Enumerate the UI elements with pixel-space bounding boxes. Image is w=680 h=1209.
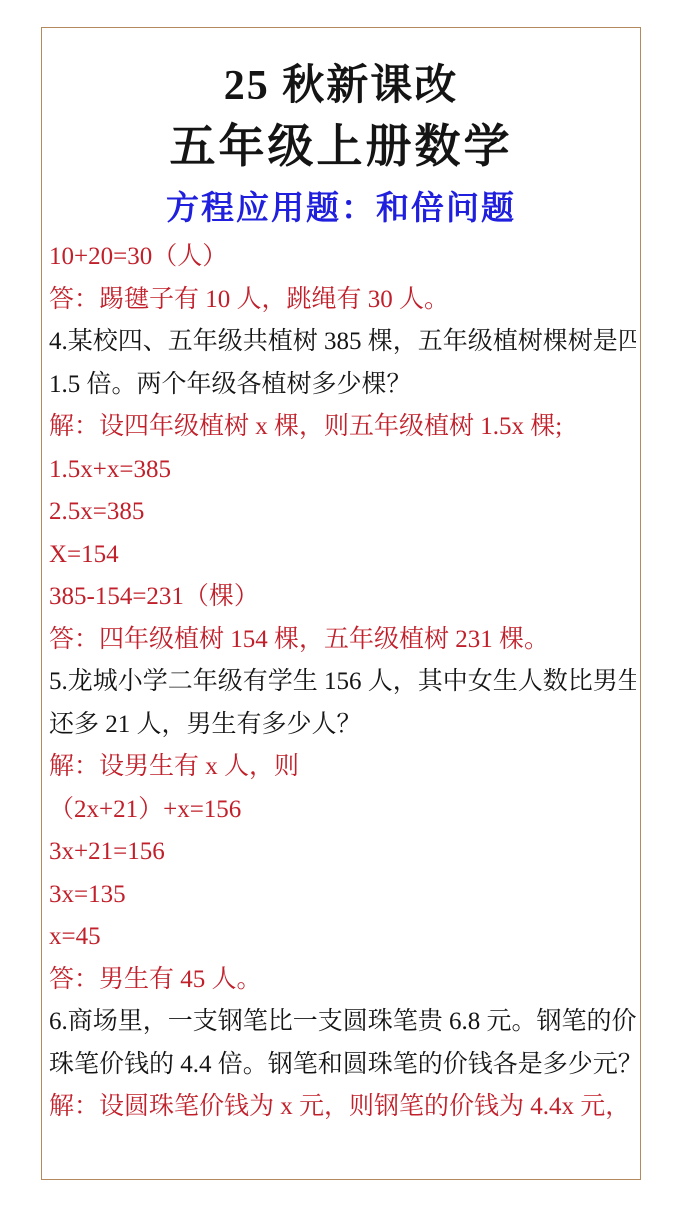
worksheet-title-line2: 五年级上册数学 xyxy=(42,122,640,172)
text-line: 解：设男生有 x 人，则 xyxy=(49,746,636,789)
text-line: 3x=135 xyxy=(49,874,636,917)
text-line: （2x+21）+x=156 xyxy=(49,789,636,832)
text-line: 答：男生有 45 人。 xyxy=(49,959,636,1002)
text-line: 1.5x+x=385 xyxy=(49,449,636,492)
worksheet-subtitle: 方程应用题：和倍问题 xyxy=(42,190,640,228)
worksheet-title-line1: 25 秋新课改 xyxy=(42,64,640,108)
content-lines: 10+20=30（人）答：踢毽子有 10 人，跳绳有 30 人。4.某校四、五年… xyxy=(42,236,640,1129)
text-line: 解：设四年级植树 x 棵，则五年级植树 1.5x 棵; xyxy=(49,406,636,449)
text-line: 还多 21 人，男生有多少人？ xyxy=(49,704,636,747)
text-line: 3x+21=156 xyxy=(49,831,636,874)
text-line: 10+20=30（人） xyxy=(49,236,636,279)
text-line: 4.某校四、五年级共植树 385 棵，五年级植树棵树是四年级的 xyxy=(49,321,636,364)
worksheet-sheet-border: 25 秋新课改 五年级上册数学 方程应用题：和倍问题 10+20=30（人）答：… xyxy=(41,27,641,1180)
text-line: 答：踢毽子有 10 人，跳绳有 30 人。 xyxy=(49,279,636,322)
text-line: 6.商场里，一支钢笔比一支圆珠笔贵 6.8 元。钢笔的价钱是圆 xyxy=(49,1001,636,1044)
text-line: 珠笔价钱的 4.4 倍。钢笔和圆珠笔的价钱各是多少元？ xyxy=(49,1044,636,1087)
text-line: 解：设圆珠笔价钱为 x 元，则钢笔的价钱为 4.4x 元， xyxy=(49,1086,636,1129)
title-block: 25 秋新课改 五年级上册数学 方程应用题：和倍问题 xyxy=(42,64,640,228)
text-line: 2.5x=385 xyxy=(49,491,636,534)
text-line: 1.5 倍。两个年级各植树多少棵？ xyxy=(49,364,636,407)
text-line: 答：四年级植树 154 棵，五年级植树 231 棵。 xyxy=(49,619,636,662)
text-line: 385-154=231（棵） xyxy=(49,576,636,619)
text-line: 5.龙城小学二年级有学生 156 人，其中女生人数比男生的 2 倍 xyxy=(49,661,636,704)
text-line: x=45 xyxy=(49,916,636,959)
worksheet-page: 25 秋新课改 五年级上册数学 方程应用题：和倍问题 10+20=30（人）答：… xyxy=(0,0,680,1209)
text-line: X=154 xyxy=(49,534,636,577)
